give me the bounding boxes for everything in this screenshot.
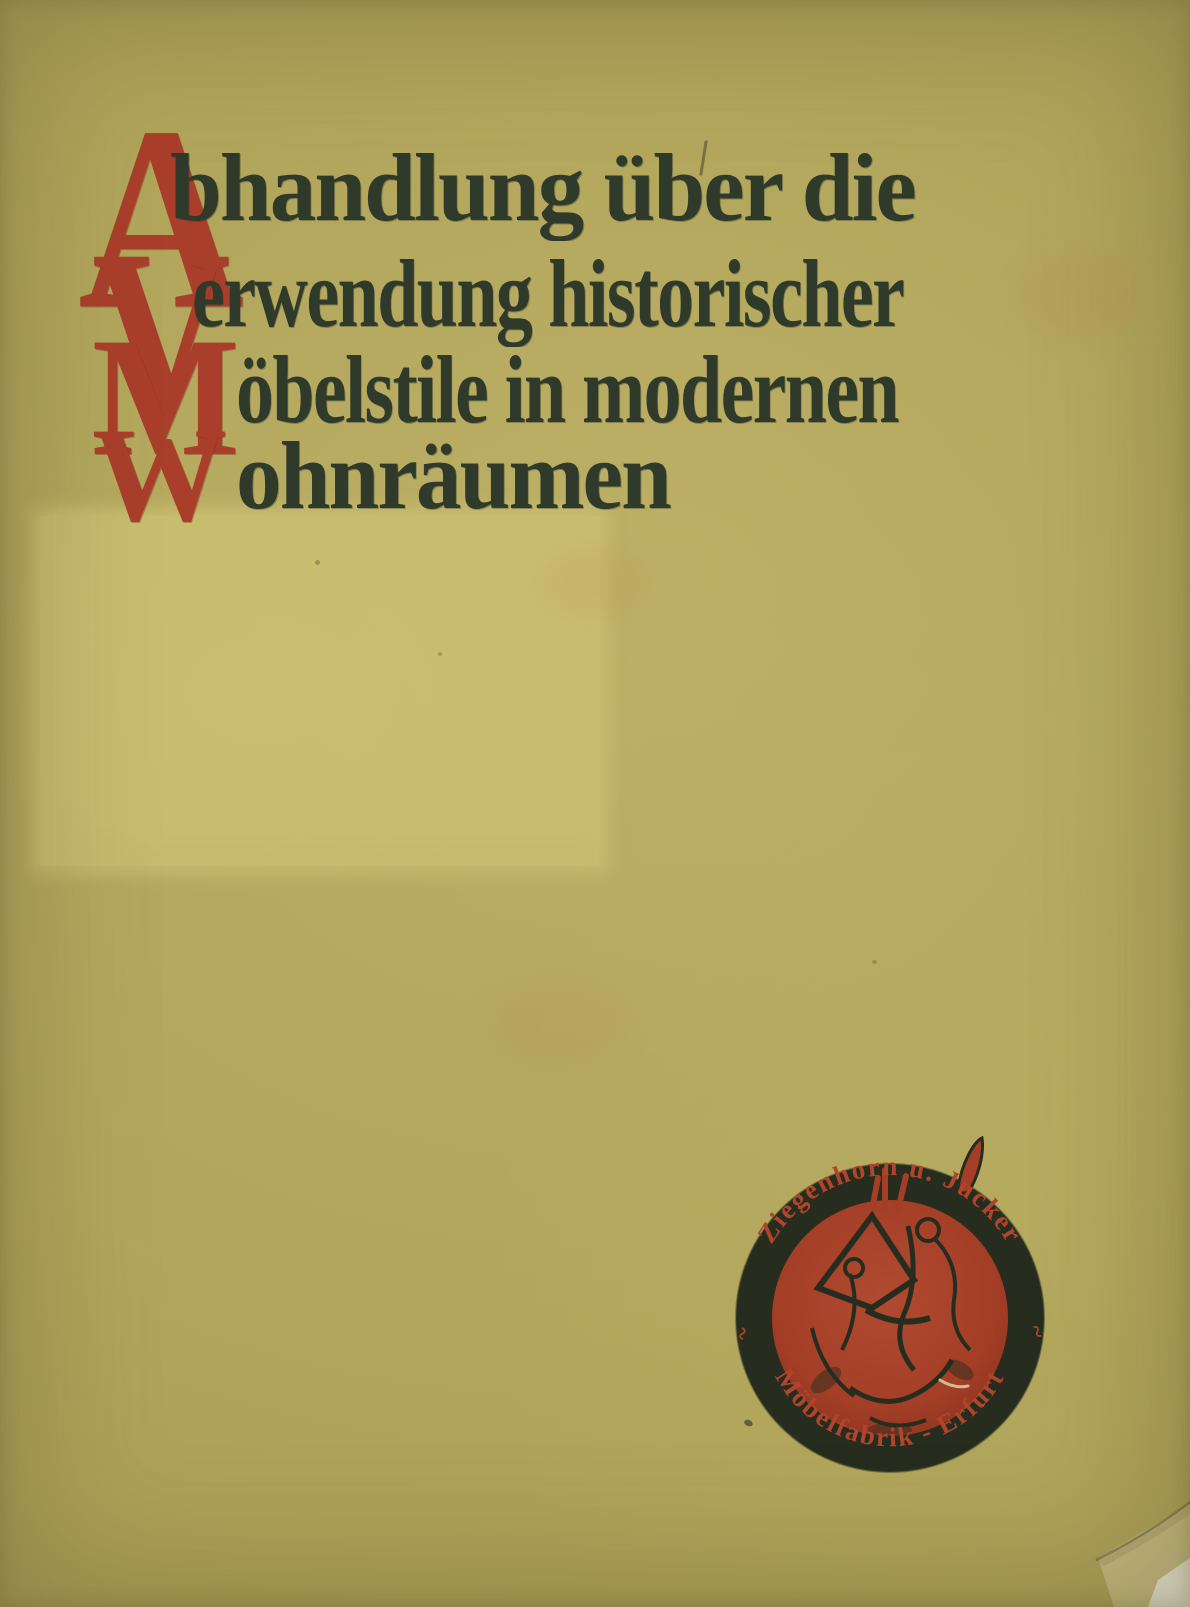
title-line-2: erwendung historischer [192,246,903,342]
stain-smudge [490,975,630,1065]
publisher-seal: Ziegenhorn u. Jucker Möbelfabrik - Erfur… [722,1118,1058,1484]
drop-cap-w: W [92,408,227,543]
pasted-label-patch [40,516,600,866]
ink-speck [872,960,877,964]
ink-speck [315,560,320,565]
book-cover: A V M W bhandlung über die erwendung his… [0,0,1190,1607]
corner-tear [1030,1440,1190,1607]
title-line-1: bhandlung über die [170,140,915,236]
title-line-4: ohnräumen [236,428,670,524]
stain-smudge [1020,250,1140,340]
patch-edge-shadow [70,840,590,868]
ink-speck [438,652,442,656]
